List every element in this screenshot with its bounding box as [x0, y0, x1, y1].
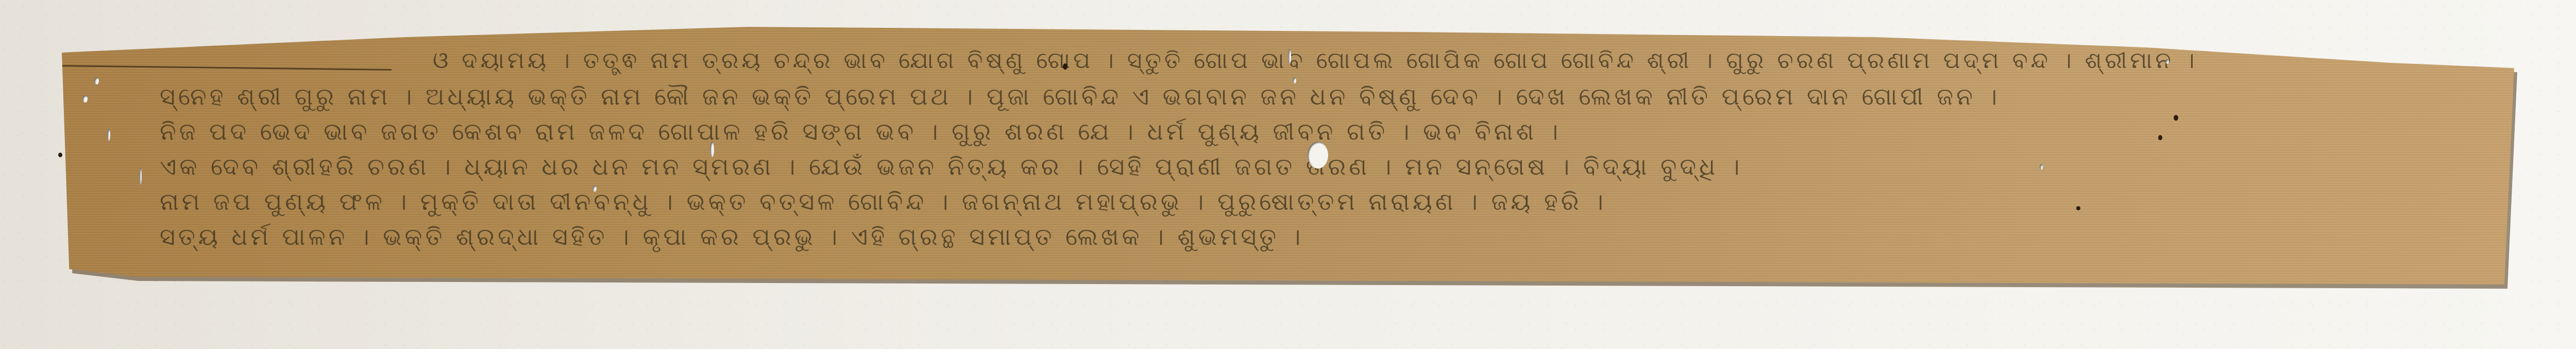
worm-hole [2174, 115, 2178, 121]
worm-hole [94, 77, 99, 85]
manuscript-line-1: ଓ ଦୟାମୟ । ତତ୍ତ୍ଵ ନାମ ତ୍ରୟ ଚନ୍ଦ୍ର ଭାବ ଯୋଗ… [433, 47, 2197, 74]
worm-hole [2165, 59, 2169, 64]
palm-leaf-folio: ଓ ଦୟାମୟ । ତତ୍ତ୍ଵ ନାମ ତ୍ରୟ ଚନ୍ଦ୍ର ଭାବ ଯୋଗ… [62, 27, 2514, 285]
worm-hole [1063, 63, 1067, 70]
worm-hole [107, 129, 110, 141]
worm-hole [710, 142, 714, 157]
manuscript-line-3: ନିଜ ପଦ ଭେଦ ଭାବ ଜଗତ କେଶବ ରାମ ଜଳଦ ଗୋପାଳ ହର… [160, 118, 1561, 146]
worm-hole [58, 153, 62, 157]
manuscript-text-block: ଓ ଦୟାମୟ । ତତ୍ତ୍ଵ ନାମ ତ୍ରୟ ଚନ୍ଦ୍ର ଭାବ ଯୋଗ… [62, 27, 2514, 285]
worm-hole [82, 95, 88, 103]
worm-hole [2076, 206, 2080, 210]
worm-hole [2040, 164, 2043, 170]
manuscript-line-5: ନାମ ଜପ ପୁଣ୍ୟ ଫଳ । ମୁକ୍ତି ଦାତା ଦୀନବନ୍ଧୁ ।… [160, 188, 1606, 217]
worm-hole [1288, 49, 1291, 64]
worm-hole [1293, 77, 1296, 84]
worm-hole [2158, 135, 2162, 140]
worm-hole [139, 168, 142, 185]
manuscript-line-2: ସ୍ନେହ ଶ୍ରୀ ଗୁରୁ ନାମ । ଅଧ୍ୟାୟ ଭକ୍ତି ନାମ କ… [160, 82, 2000, 111]
manuscript-line-4: ଏକ ଦେବ ଶ୍ରୀହରି ଚରଣ । ଧ୍ୟାନ ଧର ଧନ ମନ ସ୍ମର… [160, 153, 1742, 181]
manuscript-line-6: ସତ୍ୟ ଧର୍ମ ପାଳନ । ଭକ୍ତି ଶ୍ରଦ୍ଧା ସହିତ । କୃ… [160, 223, 1303, 252]
worm-hole [592, 186, 597, 192]
string-hole [1308, 142, 1328, 169]
